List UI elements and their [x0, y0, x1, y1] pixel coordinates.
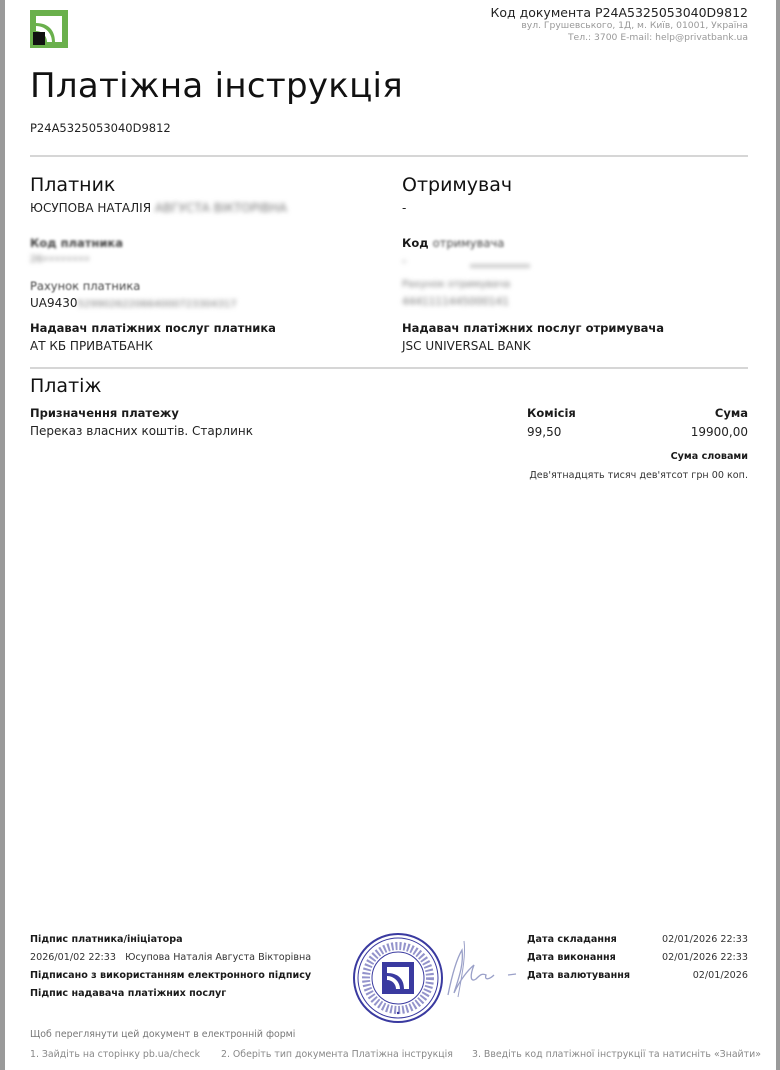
esign-note: Підписано з використанням електронного п… [30, 970, 311, 981]
amount-words-value: Дев'ятнадцять тисяч дев'ятсот грн 00 коп… [529, 470, 748, 481]
document-id: P24A5325053040D9812 [30, 121, 171, 135]
bank-address: вул. Грушевського, 1Д, м. Київ, 01001, У… [521, 20, 748, 32]
recipient-name: - [402, 201, 406, 215]
purpose-label: Призначення платежу [30, 406, 179, 420]
date-row: Дата складання 02/01/2026 22:33 [527, 934, 748, 952]
recipient-code-label: Код отримувача [402, 236, 504, 250]
payer-signature-info: 2026/01/02 22:33 Юсупова Наталія Августа… [30, 952, 311, 963]
fee-label: Комісія [527, 406, 576, 420]
recipient-psp-label: Надавач платіжних послуг отримувача [402, 321, 664, 335]
payment-heading: Платіж [30, 375, 102, 397]
page-edge-right [776, 0, 780, 1070]
footer-heading: Щоб переглянути цей документ в електронн… [30, 1029, 295, 1040]
footer-step-1: 1. Зайдіть на сторінку pb.ua/check [30, 1049, 200, 1060]
payer-signature-label: Підпис платника/ініціатора [30, 934, 183, 945]
signer-name: Юсупова Наталія Августа Вікторівна [125, 952, 311, 963]
payer-psp-label: Надавач платіжних послуг платника [30, 321, 276, 335]
divider [30, 367, 748, 369]
redacted-text: 5299026220664000723304317 [78, 299, 237, 310]
date-row: Дата валютування 02/01/2026 [527, 970, 748, 988]
page-edge-left [0, 0, 5, 1070]
divider [30, 155, 748, 157]
payer-code-label: Код платника [30, 236, 123, 250]
bank-stamp-icon [352, 932, 444, 1024]
signature-datetime: 2026/01/02 22:33 [30, 952, 116, 963]
purpose-value: Переказ власних коштів. Старлинк [30, 424, 253, 438]
recipient-heading: Отримувач [402, 174, 512, 196]
footer-step-3: 3. Введіть код платіжної інструкції та н… [472, 1049, 761, 1060]
recipient-account-label: Рахунок отримувача [402, 279, 510, 290]
recipient-code-value: - [402, 254, 406, 268]
payer-account-label: Рахунок платника [30, 279, 140, 293]
redacted-text: отримувача [433, 236, 505, 250]
amount-value: 19900,00 [691, 425, 748, 439]
privatbank-logo-icon [30, 10, 68, 48]
recipient-psp-value: JSC UNIVERSAL BANK [402, 339, 531, 353]
payer-code-value: 26•••••••• [30, 254, 90, 265]
bank-contacts: вул. Грушевського, 1Д, м. Київ, 01001, У… [521, 20, 748, 43]
recipient-account-value: 4441111445000141 [402, 296, 509, 308]
redacted-text: АВГУСТА ВІКТОРІВНА [155, 201, 287, 215]
document-code: Код документа P24A5325053040D9812 [490, 5, 748, 20]
handwritten-signature-icon [440, 935, 520, 1005]
payer-name: ЮСУПОВА НАТАЛІЯ АВГУСТА ВІКТОРІВНА [30, 201, 287, 215]
payer-heading: Платник [30, 174, 115, 196]
payer-psp-value: АТ КБ ПРИВАТБАНК [30, 339, 153, 353]
amount-words-label: Сума словами [671, 451, 748, 462]
page-title: Платіжна інструкція [30, 66, 403, 106]
fee-value: 99,50 [527, 425, 561, 439]
date-row: Дата виконання 02/01/2026 22:33 [527, 952, 748, 970]
footer-step-2: 2. Оберіть тип документа Платіжна інстру… [221, 1049, 453, 1060]
payer-account-value: UA94305299026220664000723304317 [30, 296, 237, 310]
psp-signature-label: Підпис надавача платіжних послуг [30, 988, 226, 999]
dates-list: Дата складання 02/01/2026 22:33 Дата вик… [527, 934, 748, 988]
bank-phone-email: Тел.: 3700 E-mail: help@privatbank.ua [521, 32, 748, 44]
amount-label: Сума [715, 406, 748, 420]
redaction-mark [470, 264, 530, 268]
